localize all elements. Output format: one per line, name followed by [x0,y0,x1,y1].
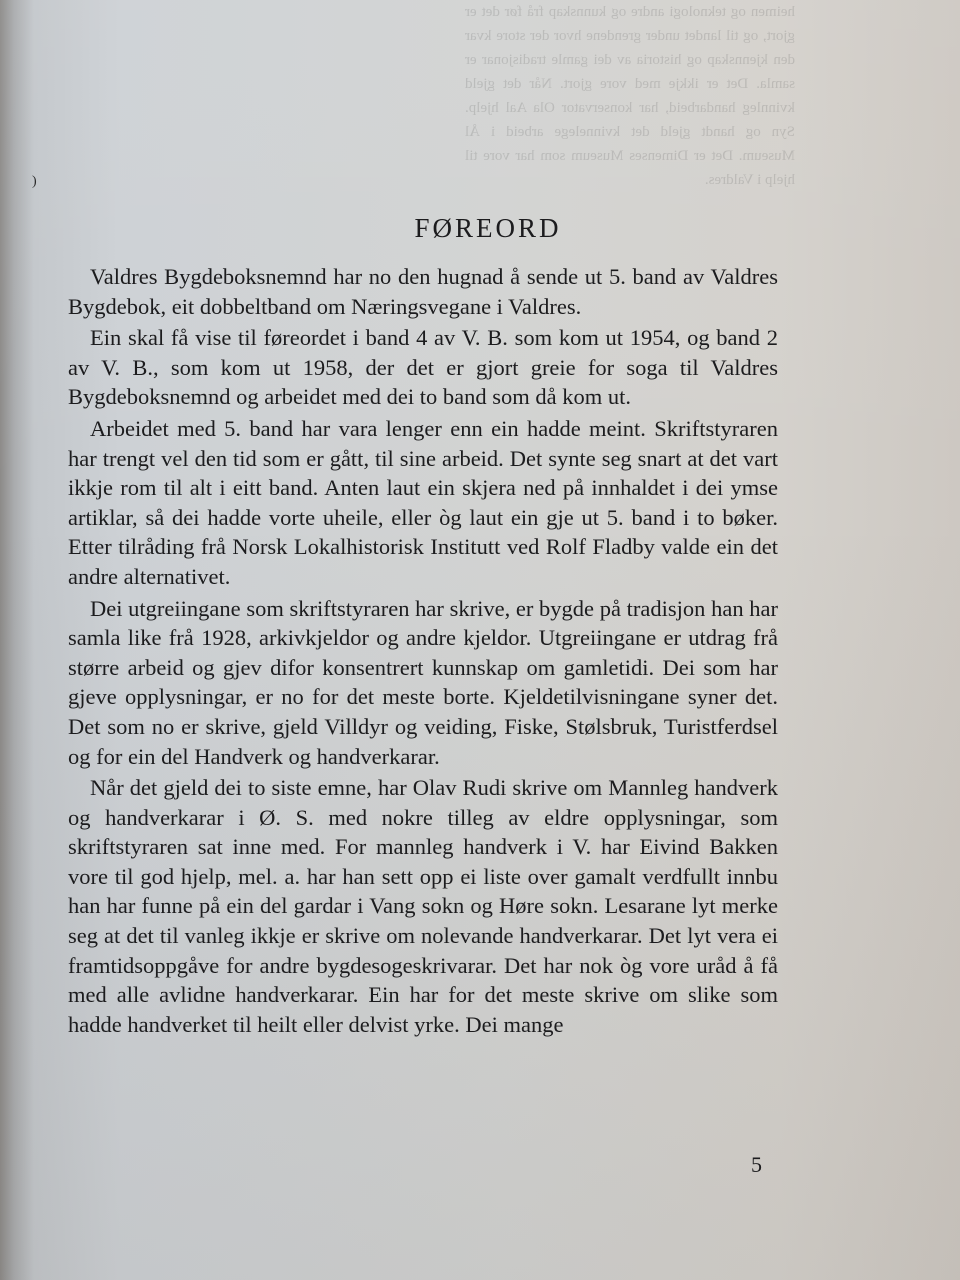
paragraph-work: Arbeidet med 5. band har vara lenger enn… [68,414,778,592]
paragraph-reference: Ein skal få vise til føreordet i band 4 … [68,323,778,412]
margin-mark: ) [32,174,37,190]
paragraph-intro: Valdres Bygdeboksnemnd har no den hugnad… [68,262,778,321]
bleed-through-text: heimen og teknologi andre og kunnskap fr… [465,0,795,192]
paragraph-crafts: Når det gjeld dei to siste emne, har Ola… [68,773,778,1039]
page-body: FØREORD Valdres Bygdeboksnemnd har no de… [68,210,778,1041]
page-number: 5 [751,1152,762,1178]
page-title: FØREORD [68,210,778,246]
paragraph-sources: Dei utgreiingane som skriftstyraren har … [68,594,778,772]
